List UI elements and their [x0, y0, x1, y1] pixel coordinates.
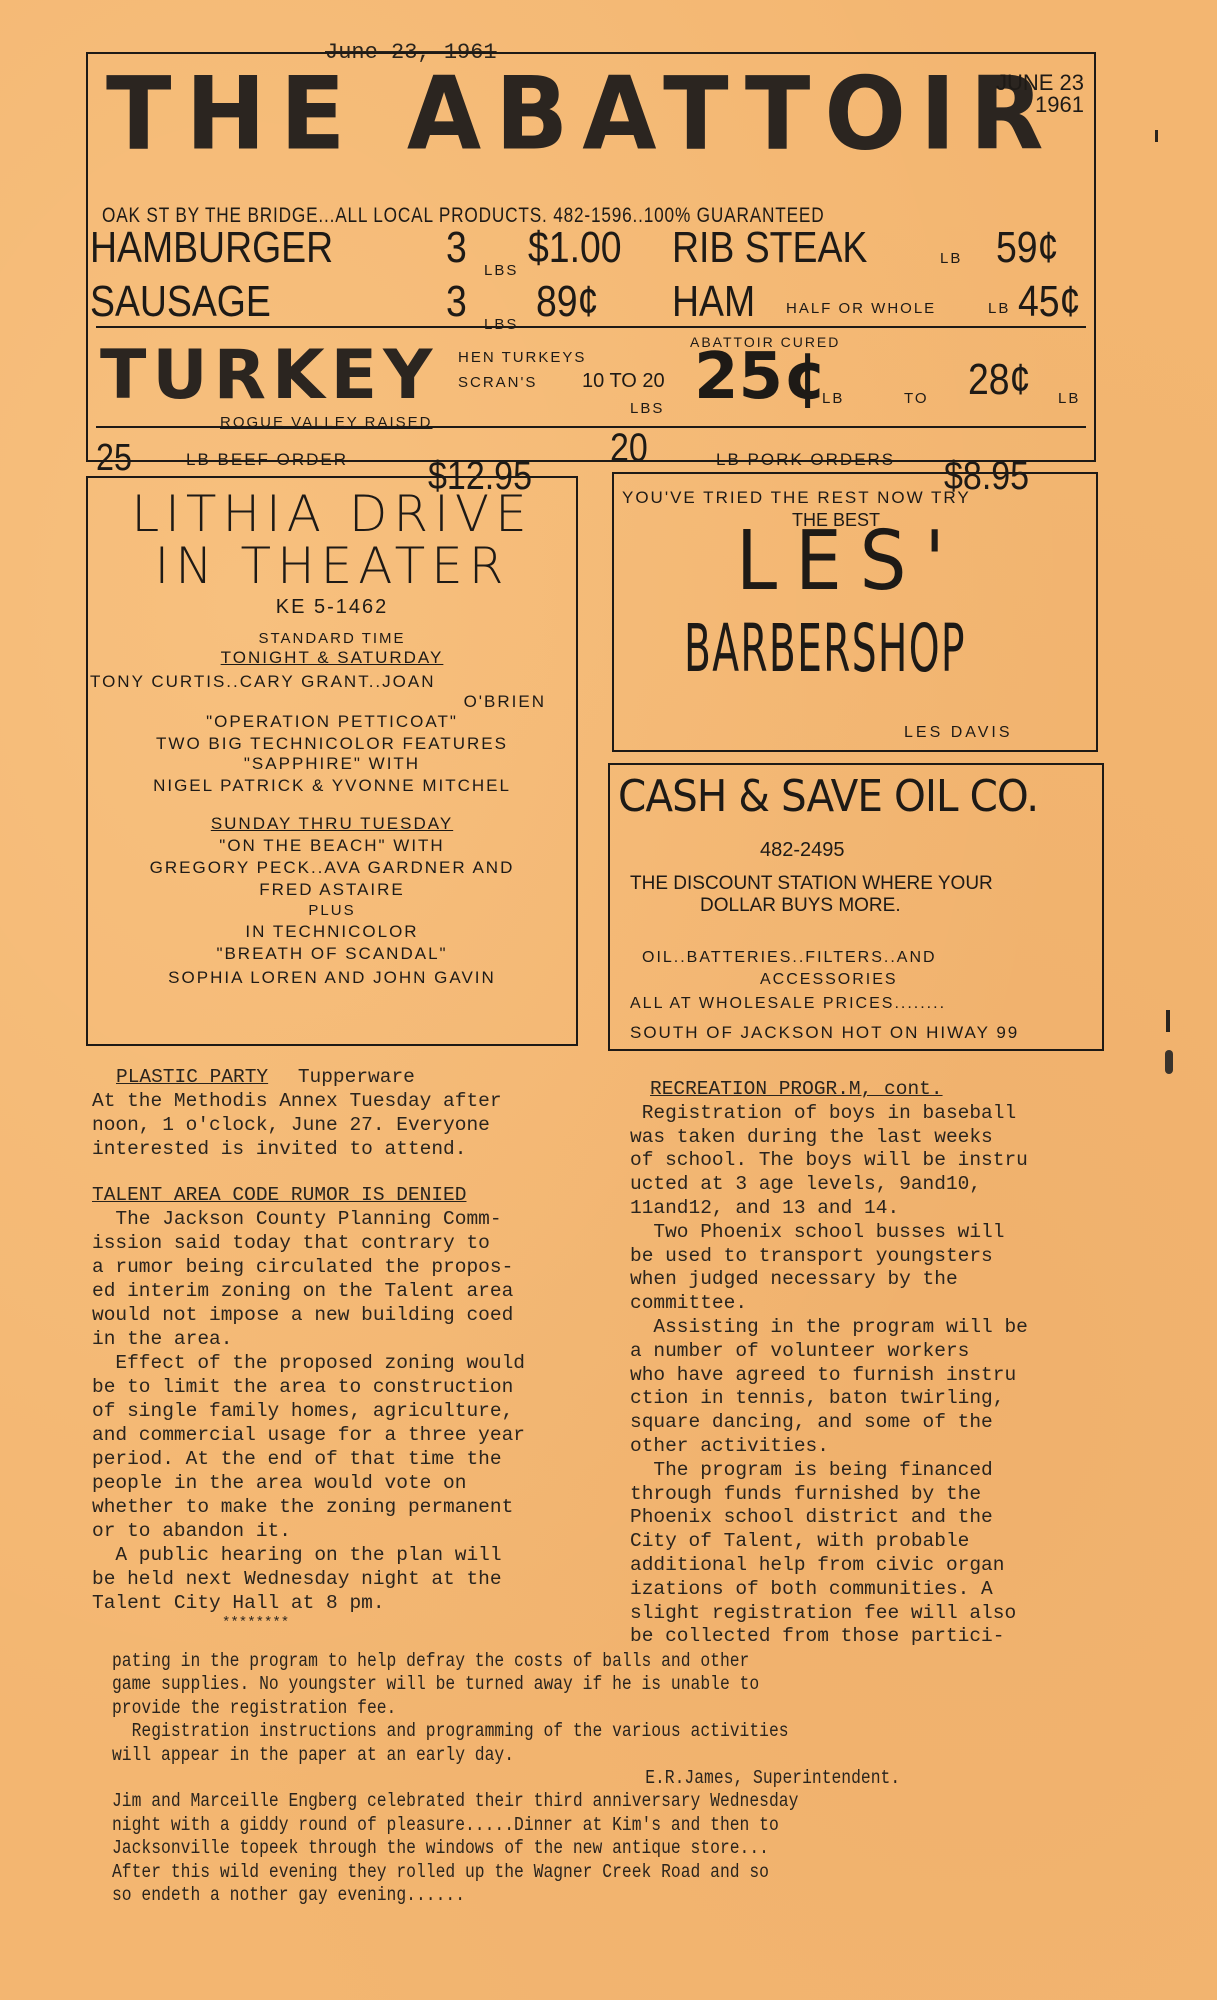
barbershop-ad: YOU'VE TRIED THE REST NOW TRY THE BEST L…	[612, 472, 1098, 752]
pork-order-qty: 20	[610, 426, 648, 470]
article-line: City of Talent, with probable	[630, 1530, 1028, 1554]
turkey-line1: HEN TURKEYS	[458, 349, 586, 366]
film-on-the-beach: "ON THE BEACH" WITH	[88, 836, 576, 856]
cast1-line2: O'BRIEN	[88, 692, 546, 712]
barbershop-tagline: YOU'VE TRIED THE REST NOW TRY	[622, 488, 971, 508]
article-line: be held next Wednesday night at the	[92, 1567, 525, 1591]
article-line: ucted at 3 age levels, 9and10,	[630, 1173, 1028, 1197]
item-hamburger-qty: 3	[446, 226, 467, 270]
article-line: additional help from civic organ	[630, 1554, 1028, 1578]
article-line: Effect of the proposed zoning would	[92, 1351, 525, 1375]
cast4: SOPHIA LOREN AND JOHN GAVIN	[88, 968, 576, 988]
cast3-line1: GREGORY PECK..AVA GARDNER AND	[88, 858, 576, 878]
item-ham-price: 45¢	[1018, 280, 1080, 324]
plastic-party-header: PLASTIC PARTY Tupperware	[92, 1065, 525, 1089]
article-line: will appear in the paper at an early day…	[112, 1744, 900, 1767]
pork-order-label: LB PORK ORDERS	[716, 450, 895, 470]
oil-products1: OIL..BATTERIES..FILTERS..AND	[642, 949, 937, 967]
theater-phone: KE 5-1462	[88, 596, 576, 619]
oil-company-title: CASH & SAVE OIL CO.	[618, 771, 1038, 822]
article-line: was taken during the last weeks	[630, 1126, 1028, 1150]
item-ham-unit: LB	[988, 300, 1010, 317]
abattoir-masthead: THE ABATTOIR	[106, 62, 1058, 167]
turkey-title: TURKEY	[100, 336, 438, 415]
article-line: committee.	[630, 1292, 1028, 1316]
turkey-origin: ROGUE VALLEY RAISED	[220, 414, 433, 431]
article-line: through funds furnished by the	[630, 1483, 1028, 1507]
article-line: night with a giddy round of pleasure....…	[112, 1814, 900, 1837]
article-line: period. At the end of that time the	[92, 1447, 525, 1471]
item-ham-note: HALF OR WHOLE	[786, 300, 936, 317]
masthead-date-day: JUNE 23	[996, 72, 1084, 94]
item-hamburger-name: HAMBURGER	[90, 226, 333, 270]
plastic-party-heading: PLASTIC PARTY	[92, 1066, 268, 1088]
turkey-to: TO	[904, 390, 929, 407]
turkey-price-low-unit: LB	[822, 390, 844, 407]
article-line: or to abandon it.	[92, 1519, 525, 1543]
article-line: and commercial usage for a three year	[92, 1423, 525, 1447]
plastic-party-subheading: Tupperware	[280, 1066, 415, 1088]
right-column: RECREATION PROGR.M, cont. Registration o…	[630, 1078, 1028, 1649]
article-line: a rumor being circulated the propos-	[92, 1255, 525, 1279]
item-sausage-unit: LBS	[484, 316, 518, 333]
masthead-date: JUNE 23 1961	[996, 72, 1084, 116]
article-line: so endeth a nother gay evening......	[112, 1884, 900, 1907]
article-line: slight registration fee will also	[630, 1602, 1028, 1626]
article-line: interested is invited to attend.	[92, 1137, 525, 1161]
masthead-date-year: 1961	[996, 94, 1084, 116]
item-ham-name: HAM	[672, 280, 755, 324]
article-line: Talent City Hall at 8 pm.	[92, 1591, 525, 1615]
turkey-line2: SCRAN'S	[458, 374, 537, 391]
article-line: Registration instructions and programmin…	[112, 1720, 900, 1743]
beef-order-label: LB BEEF ORDER	[186, 450, 348, 470]
article-line: game supplies. No youngster will be turn…	[112, 1673, 900, 1696]
in-technicolor: IN TECHNICOLOR	[88, 922, 576, 942]
article-line: when judged necessary by the	[630, 1268, 1028, 1292]
recreation-signature: E.R.James, Superintendent.	[112, 1767, 900, 1790]
ink-mark	[1165, 1050, 1173, 1074]
article-line: would not impose a new building coed	[92, 1303, 525, 1327]
article-line: The Jackson County Planning Comm-	[92, 1207, 525, 1231]
cast3-line2: FRED ASTAIRE	[88, 880, 576, 900]
turkey-weight-unit: LBS	[630, 400, 664, 417]
film-breath-of-scandal: "BREATH OF SCANDAL"	[88, 944, 576, 964]
article-line: provide the registration fee.	[112, 1697, 900, 1720]
article-line: pating in the program to help defray the…	[112, 1650, 900, 1673]
item-sausage-name: SAUSAGE	[90, 280, 271, 324]
item-ribsteak-price: 59¢	[996, 226, 1058, 270]
article-line: people in the area would vote on	[92, 1471, 525, 1495]
theater-title-line2: IN THEATER	[88, 540, 576, 592]
turkey-price-high-unit: LB	[1058, 390, 1080, 407]
bottom-section: pating in the program to help defray the…	[112, 1650, 900, 1907]
separator: ********	[92, 1615, 525, 1631]
article-line: Assisting in the program will be	[630, 1316, 1028, 1340]
article-line: ed interim zoning on the Talent area	[92, 1279, 525, 1303]
article-line: Jacksonville topeek through the windows …	[112, 1837, 900, 1860]
turkey-price-low: 25¢	[694, 340, 828, 414]
cast2: NIGEL PATRICK & YVONNE MITCHEL	[88, 776, 576, 796]
article-line: ction in tennis, baton twirling,	[630, 1387, 1028, 1411]
theater-ad: LITHIA DRIVE IN THEATER KE 5-1462 STANDA…	[86, 476, 578, 1046]
barbershop-name: LES'	[736, 514, 963, 609]
barbershop-owner: LES DAVIS	[904, 724, 1013, 742]
article-line: 11and12, and 13 and 14.	[630, 1197, 1028, 1221]
oil-line2: DOLLAR BUYS MORE.	[700, 895, 901, 917]
article-line: in the area.	[92, 1327, 525, 1351]
article-line: be to limit the area to construction	[92, 1375, 525, 1399]
article-line: Phoenix school district and the	[630, 1506, 1028, 1530]
article-line: square dancing, and some of the	[630, 1411, 1028, 1435]
item-sausage-qty: 3	[446, 280, 467, 324]
divider	[96, 326, 1086, 328]
ink-mark	[1166, 1010, 1170, 1032]
article-line: whether to make the zoning permanent	[92, 1495, 525, 1519]
oil-company-ad: CASH & SAVE OIL CO. 482-2495 THE DISCOUN…	[608, 763, 1104, 1051]
oil-products2: ACCESSORIES	[760, 971, 898, 989]
article-line: who have agreed to furnish instru	[630, 1364, 1028, 1388]
film-operation-petticoat: "OPERATION PETTICOAT"	[88, 712, 576, 732]
beef-order-qty: 25	[96, 436, 132, 480]
article-line: Two Phoenix school busses will	[630, 1221, 1028, 1245]
double-feature-note: TWO BIG TECHNICOLOR FEATURES	[88, 734, 576, 754]
film-sapphire: "SAPPHIRE" WITH	[88, 754, 576, 774]
article-line: other activities.	[630, 1435, 1028, 1459]
turkey-weight: 10 TO 20	[582, 370, 665, 393]
divider	[96, 426, 1086, 428]
oil-company-phone: 482-2495	[760, 839, 845, 862]
abattoir-ad: THE ABATTOIR JUNE 23 1961 OAK ST BY THE …	[86, 52, 1096, 462]
oil-location: SOUTH OF JACKSON HOT ON HIWAY 99	[630, 1023, 1019, 1043]
section-sunday-heading: SUNDAY THRU TUESDAY	[88, 814, 576, 834]
article-line: be used to transport youngsters	[630, 1245, 1028, 1269]
standard-time: STANDARD TIME	[88, 630, 576, 647]
ink-mark	[1155, 130, 1158, 142]
recreation-heading: RECREATION PROGR.M, cont.	[630, 1078, 1028, 1102]
article-line: be collected from those partici-	[630, 1625, 1028, 1649]
item-ribsteak-unit: LB	[940, 250, 962, 267]
item-hamburger-price: $1.00	[528, 226, 622, 270]
article-line: a number of volunteer workers	[630, 1340, 1028, 1364]
article-line: noon, 1 o'clock, June 27. Everyone	[92, 1113, 525, 1137]
oil-pricing: ALL AT WHOLESALE PRICES........	[630, 995, 946, 1013]
left-column: PLASTIC PARTY Tupperware At the Methodis…	[92, 1065, 525, 1631]
article-line: of school. The boys will be instru	[630, 1149, 1028, 1173]
article-line: of single family homes, agriculture,	[92, 1399, 525, 1423]
article-line: A public hearing on the plan will	[92, 1543, 525, 1567]
article-line: Registration of boys in baseball	[630, 1102, 1028, 1126]
article-line: The program is being financed	[630, 1459, 1028, 1483]
item-hamburger-unit: LBS	[484, 262, 518, 279]
turkey-price-high: 28¢	[968, 358, 1030, 402]
talent-rumor-heading: TALENT AREA CODE RUMOR IS DENIED	[92, 1183, 525, 1207]
cast1-line1: TONY CURTIS..CARY GRANT..JOAN	[90, 672, 576, 692]
article-line: After this wild evening they rolled up t…	[112, 1861, 900, 1884]
plus-label: PLUS	[88, 902, 576, 919]
barbershop-business: BARBERSHOP	[684, 610, 966, 687]
item-ribsteak-name: RIB STEAK	[672, 226, 867, 270]
oil-line1: THE DISCOUNT STATION WHERE YOUR	[630, 873, 993, 895]
item-sausage-price: 89¢	[536, 280, 598, 324]
article-line: At the Methodis Annex Tuesday after	[92, 1089, 525, 1113]
article-line: Jim and Marceille Engberg celebrated the…	[112, 1790, 900, 1813]
theater-title-line1: LITHIA DRIVE	[88, 488, 576, 540]
article-line: ission said today that contrary to	[92, 1231, 525, 1255]
article-line: izations of both communities. A	[630, 1578, 1028, 1602]
section-tonight-heading: TONIGHT & SATURDAY	[88, 648, 576, 668]
